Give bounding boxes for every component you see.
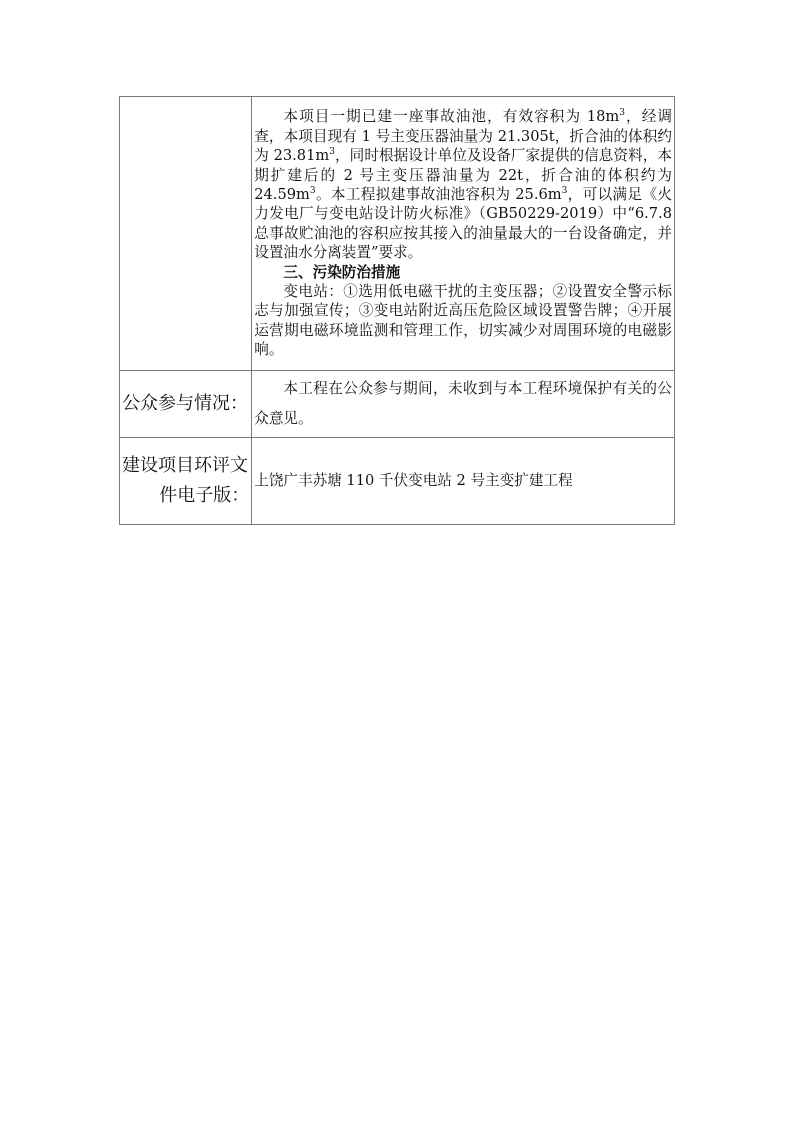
info-table: 本项目一期已建一座事故油池，有效容积为 18m3，经调查，本项目现有 1 号主变…	[119, 96, 675, 525]
public-participation-label: 公众参与情况：	[120, 371, 252, 438]
public-participation-content: 本工程在公众参与期间，未收到与本工程环境保护有关的公众意见。	[252, 371, 675, 438]
table-row-public-participation: 公众参与情况： 本工程在公众参与期间，未收到与本工程环境保护有关的公众意见。	[120, 371, 675, 438]
eia-document-link[interactable]: 上饶广丰苏塘 110 千伏变电站 2 号主变扩建工程	[254, 471, 672, 491]
eia-label-line1: 建设项目环评文	[122, 451, 249, 481]
oil-pool-paragraph: 本项目一期已建一座事故油池，有效容积为 18m3，经调查，本项目现有 1 号主变…	[254, 107, 672, 262]
measures-content-cell: 本项目一期已建一座事故油池，有效容积为 18m3，经调查，本项目现有 1 号主变…	[252, 97, 675, 371]
public-participation-text: 本工程在公众参与期间，未收到与本工程环境保护有关的公众意见。	[254, 374, 672, 434]
eia-document-label: 建设项目环评文 件电子版：	[120, 438, 252, 525]
substation-measures-paragraph: 变电站：①选用低电磁干扰的主变压器；②设置安全警示标志与加强宣传；③变电站附近高…	[254, 282, 672, 360]
eia-label-line2: 件电子版：	[122, 481, 249, 511]
row-label-empty	[120, 97, 252, 371]
eia-document-content: 上饶广丰苏塘 110 千伏变电站 2 号主变扩建工程	[252, 438, 675, 525]
text-segment: 。本工程拟建事故油池容积为 25.6m	[316, 186, 562, 203]
table-row-eia-document: 建设项目环评文 件电子版： 上饶广丰苏塘 110 千伏变电站 2 号主变扩建工程	[120, 438, 675, 525]
text-segment: 本项目一期已建一座事故油池，有效容积为 18m	[283, 108, 619, 125]
section-heading-pollution-measures: 三、污染防治措施	[254, 263, 672, 282]
table-row-measures: 本项目一期已建一座事故油池，有效容积为 18m3，经调查，本项目现有 1 号主变…	[120, 97, 675, 371]
